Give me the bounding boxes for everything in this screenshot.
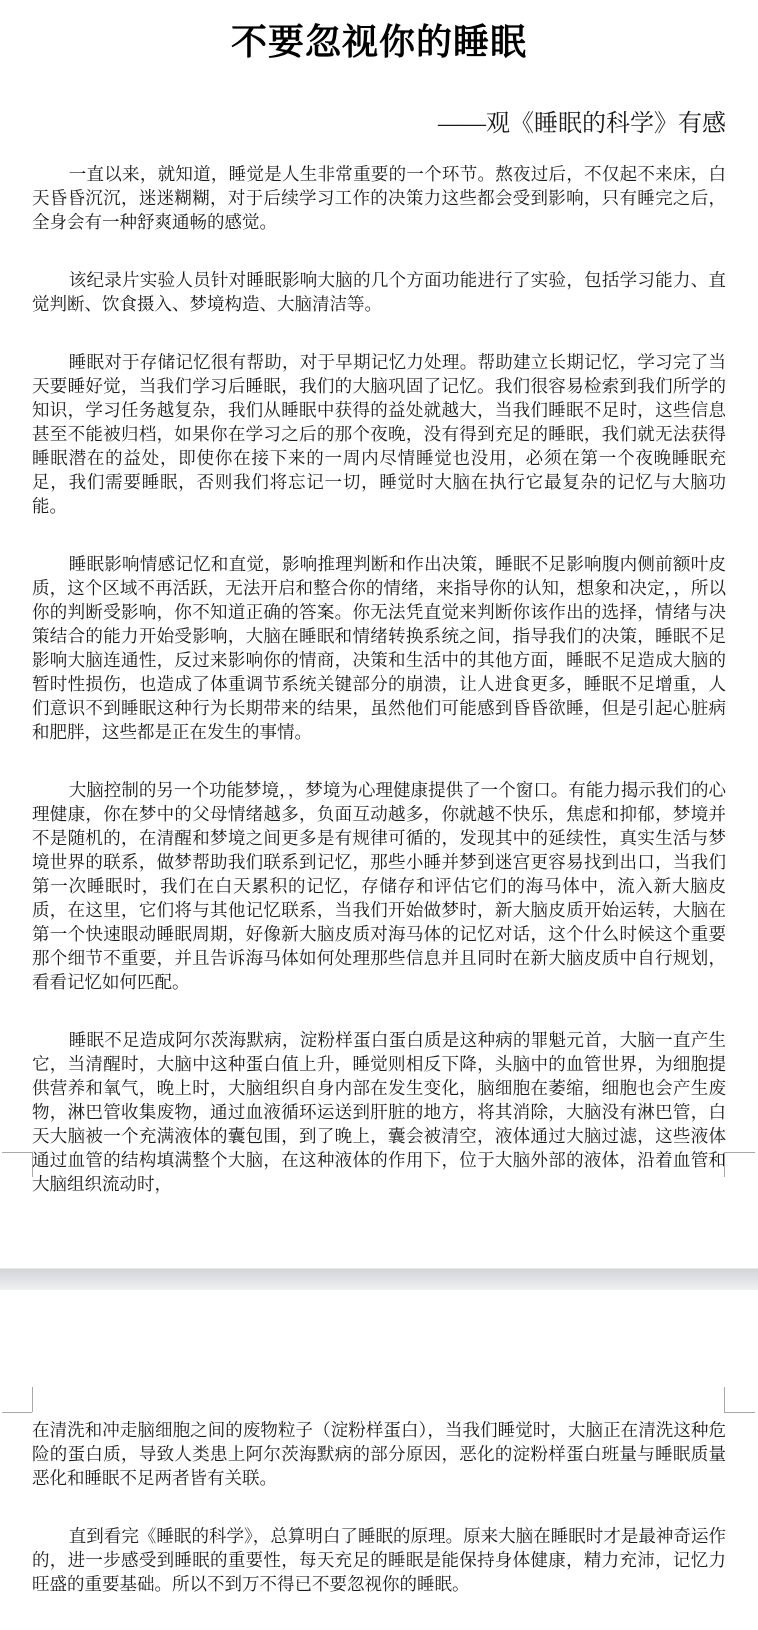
page-gap xyxy=(0,1268,758,1290)
paragraph-4: 睡眠影响情感记忆和直觉，影响推理判断和作出决策，睡眠不足影响腹内侧前额叶皮质，这… xyxy=(32,552,726,744)
document-title: 不要忽视你的睡眠 xyxy=(32,22,726,62)
paragraph-7: 直到看完《睡眠的科学》，总算明白了睡眠的原理。原来大脑在睡眠时才是最神奇运作的，… xyxy=(32,1524,726,1596)
paragraph-6: 睡眠不足造成阿尔茨海默病，淀粉样蛋白蛋白质是这种病的罪魁元首，大脑一直产生它，当… xyxy=(32,1028,726,1196)
text-boundary-mark-top-right xyxy=(724,1387,725,1412)
document-view: 不要忽视你的睡眠 ——观《睡眠的科学》有感 一直以来，就知道，睡觉是人生非常重要… xyxy=(0,0,758,1630)
text-boundary-mark-bottom-left xyxy=(32,1152,33,1177)
page-1: 不要忽视你的睡眠 ——观《睡眠的科学》有感 一直以来，就知道，睡觉是人生非常重要… xyxy=(0,0,758,1268)
paragraph-3: 睡眠对于存储记忆很有帮助，对于早期记忆力处理。帮助建立长期记忆，学习完了当天要睡… xyxy=(32,350,726,518)
paragraph-2: 该纪录片实验人员针对睡眠影响大脑的几个方面功能进行了实验，包括学习能力、直觉判断… xyxy=(32,268,726,316)
document-subtitle: ——观《睡眠的科学》有感 xyxy=(32,109,726,139)
text-boundary-mark-top-left xyxy=(32,1387,33,1412)
text-boundary-mark-bottom-left xyxy=(2,1152,32,1153)
page-2: 在清洗和冲走脑细胞之间的废物粒子（淀粉样蛋白），当我们睡觉时，大脑正在清洗这种危… xyxy=(0,1290,758,1630)
text-boundary-mark-top-left xyxy=(2,1412,32,1413)
text-boundary-mark-bottom-right xyxy=(724,1152,725,1177)
paragraph-5: 大脑控制的另一个功能梦境，，梦境为心理健康提供了一个窗口。有能力揭示我们的心理健… xyxy=(32,778,726,994)
text-boundary-mark-bottom-right xyxy=(724,1152,755,1153)
paragraph-1: 一直以来，就知道，睡觉是人生非常重要的一个环节。熬夜过后，不仅起不来床，白天昏昏… xyxy=(32,162,726,234)
paragraph-6-continuation: 在清洗和冲走脑细胞之间的废物粒子（淀粉样蛋白），当我们睡觉时，大脑正在清洗这种危… xyxy=(32,1418,726,1490)
text-boundary-mark-top-right xyxy=(724,1412,755,1413)
